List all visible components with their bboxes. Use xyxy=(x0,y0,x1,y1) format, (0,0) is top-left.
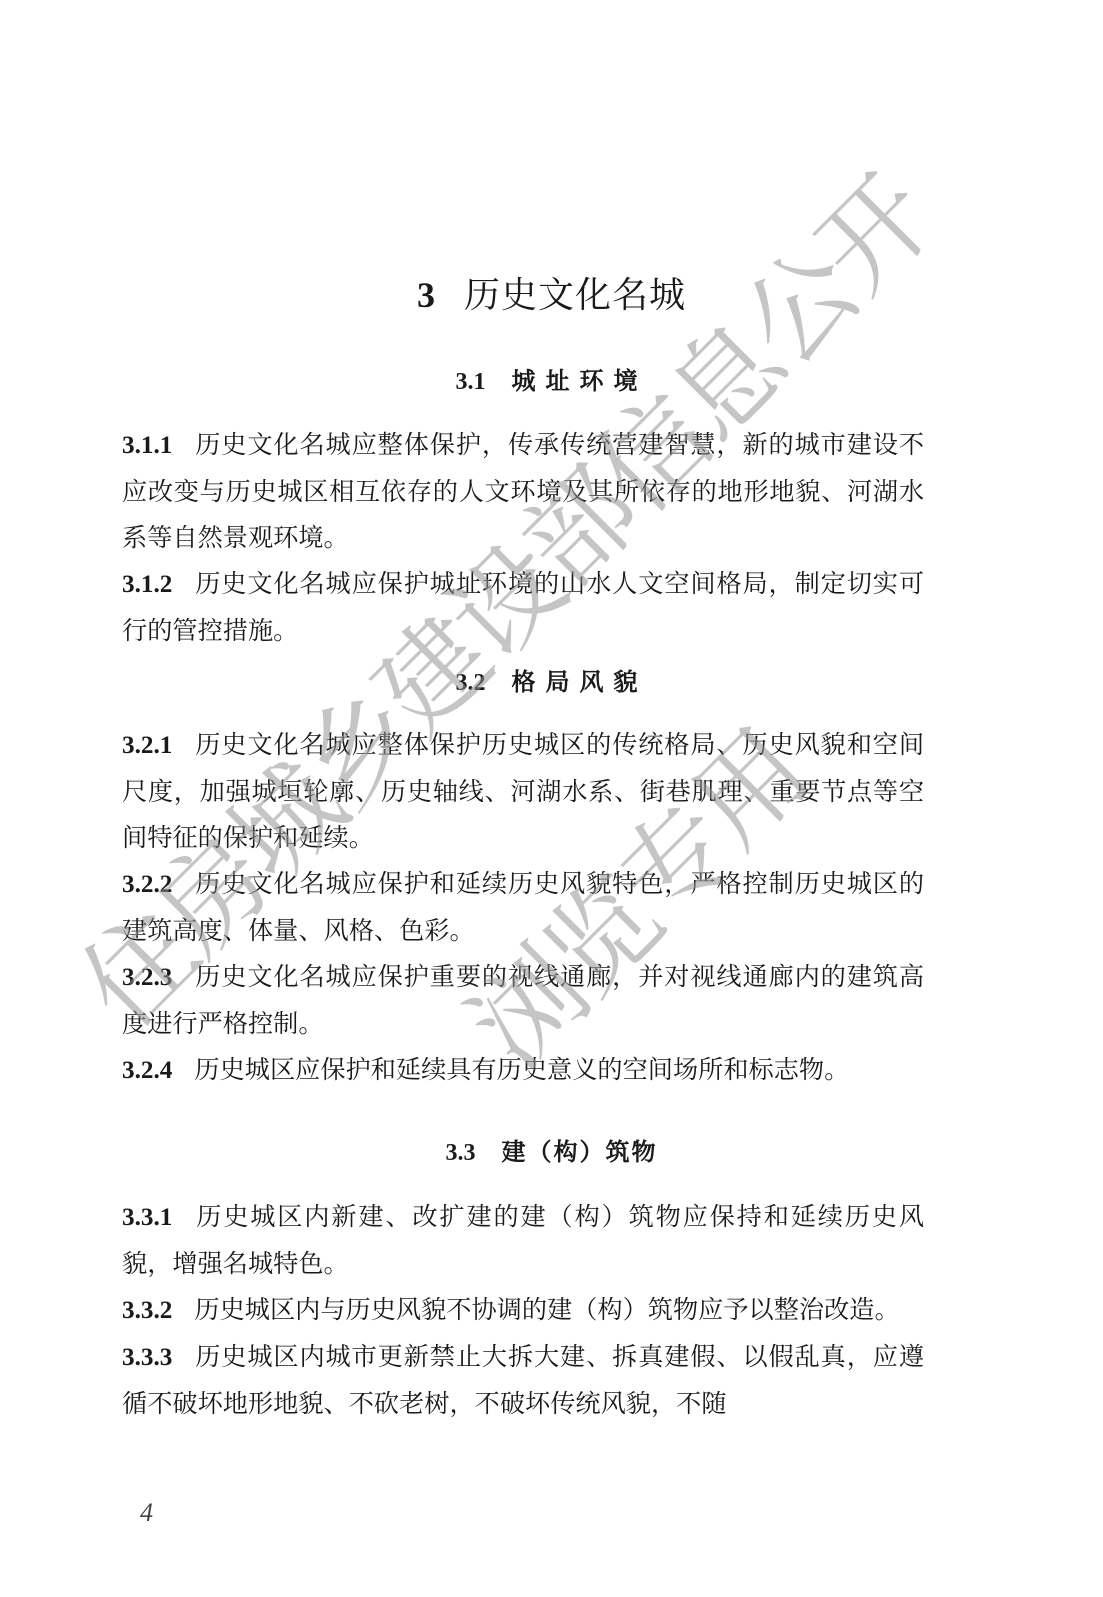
chapter-title: 3历史文化名城 xyxy=(0,270,1103,321)
section-number: 3.2 xyxy=(456,670,486,696)
document-page: 3历史文化名城 3.1城址环境 3.1.1历史文化名城应整体保护，传承传统营建智… xyxy=(0,0,1103,1597)
clause-text: 历史文化名城应保护城址环境的山水人文空间格局，制定切实可行的管控措施。 xyxy=(122,569,924,645)
clause-number: 3.2.2 xyxy=(122,871,172,898)
clause-text: 历史城区内城市更新禁止大拆大建、拆真建假、以假乱真，应遵循不破坏地形地貌、不砍老… xyxy=(122,1342,924,1418)
clause-number: 3.2.1 xyxy=(122,732,172,759)
section-title-3-3: 3.3建（构）筑物 xyxy=(0,1135,1103,1170)
clause-3-3-2: 3.3.2历史城区内与历史风貌不协调的建（构）筑物应予以整治改造。 xyxy=(122,1287,924,1334)
clause-number: 3.2.4 xyxy=(122,1057,172,1084)
section-title-text: 城址环境 xyxy=(512,367,648,395)
clause-number: 3.3.1 xyxy=(122,1204,172,1231)
section-title-text: 格局风貌 xyxy=(512,668,648,696)
clause-number: 3.2.3 xyxy=(122,964,172,991)
clause-3-2-4: 3.2.4历史城区应保护和延续具有历史意义的空间场所和标志物。 xyxy=(122,1047,924,1094)
clauses-3-3: 3.3.1历史城区内新建、改扩建的建（构）筑物应保持和延续历史风貌，增强名城特色… xyxy=(122,1194,924,1427)
section-title-3-1: 3.1城址环境 xyxy=(0,364,1103,399)
clauses-3-2: 3.2.1历史文化名城应整体保护历史城区的传统格局、历史风貌和空间尺度，加强城垣… xyxy=(122,722,924,1094)
clause-number: 3.3.2 xyxy=(122,1297,172,1324)
clause-number: 3.1.1 xyxy=(122,432,172,459)
clause-3-2-1: 3.2.1历史文化名城应整体保护历史城区的传统格局、历史风貌和空间尺度，加强城垣… xyxy=(122,722,924,861)
clause-text: 历史城区内与历史风貌不协调的建（构）筑物应予以整治改造。 xyxy=(194,1295,899,1324)
clause-text: 历史文化名城应保护重要的视线通廊，并对视线通廊内的建筑高度进行严格控制。 xyxy=(122,962,924,1038)
chapter-number: 3 xyxy=(417,275,436,315)
clauses-3-1: 3.1.1历史文化名城应整体保护，传承传统营建智慧，新的城市建设不应改变与历史城… xyxy=(122,422,924,654)
clause-3-2-3: 3.2.3历史文化名城应保护重要的视线通廊，并对视线通廊内的建筑高度进行严格控制… xyxy=(122,954,924,1047)
clause-3-3-3: 3.3.3历史城区内城市更新禁止大拆大建、拆真建假、以假乱真，应遵循不破坏地形地… xyxy=(122,1334,924,1427)
chapter-title-text: 历史文化名城 xyxy=(464,275,686,316)
section-number: 3.3 xyxy=(446,1140,476,1166)
clause-3-1-2: 3.1.2历史文化名城应保护城址环境的山水人文空间格局，制定切实可行的管控措施。 xyxy=(122,561,924,654)
clause-3-3-1: 3.3.1历史城区内新建、改扩建的建（构）筑物应保持和延续历史风貌，增强名城特色… xyxy=(122,1194,924,1287)
clause-3-1-1: 3.1.1历史文化名城应整体保护，传承传统营建智慧，新的城市建设不应改变与历史城… xyxy=(122,422,924,561)
clause-text: 历史城区应保护和延续具有历史意义的空间场所和标志物。 xyxy=(194,1055,849,1084)
section-title-3-2: 3.2格局风貌 xyxy=(0,665,1103,700)
clause-text: 历史文化名城应整体保护，传承传统营建智慧，新的城市建设不应改变与历史城区相互依存… xyxy=(122,430,924,552)
clause-3-2-2: 3.2.2历史文化名城应保护和延续历史风貌特色，严格控制历史城区的建筑高度、体量… xyxy=(122,861,924,954)
section-number: 3.1 xyxy=(456,369,486,395)
clause-number: 3.1.2 xyxy=(122,571,172,598)
clause-text: 历史城区内新建、改扩建的建（构）筑物应保持和延续历史风貌，增强名城特色。 xyxy=(122,1202,924,1278)
page-number: 4 xyxy=(140,1498,153,1528)
clause-number: 3.3.3 xyxy=(122,1344,172,1371)
clause-text: 历史文化名城应保护和延续历史风貌特色，严格控制历史城区的建筑高度、体量、风格、色… xyxy=(122,869,924,945)
section-title-text: 建（构）筑物 xyxy=(502,1138,658,1166)
clause-text: 历史文化名城应整体保护历史城区的传统格局、历史风貌和空间尺度，加强城垣轮廓、历史… xyxy=(122,730,924,852)
